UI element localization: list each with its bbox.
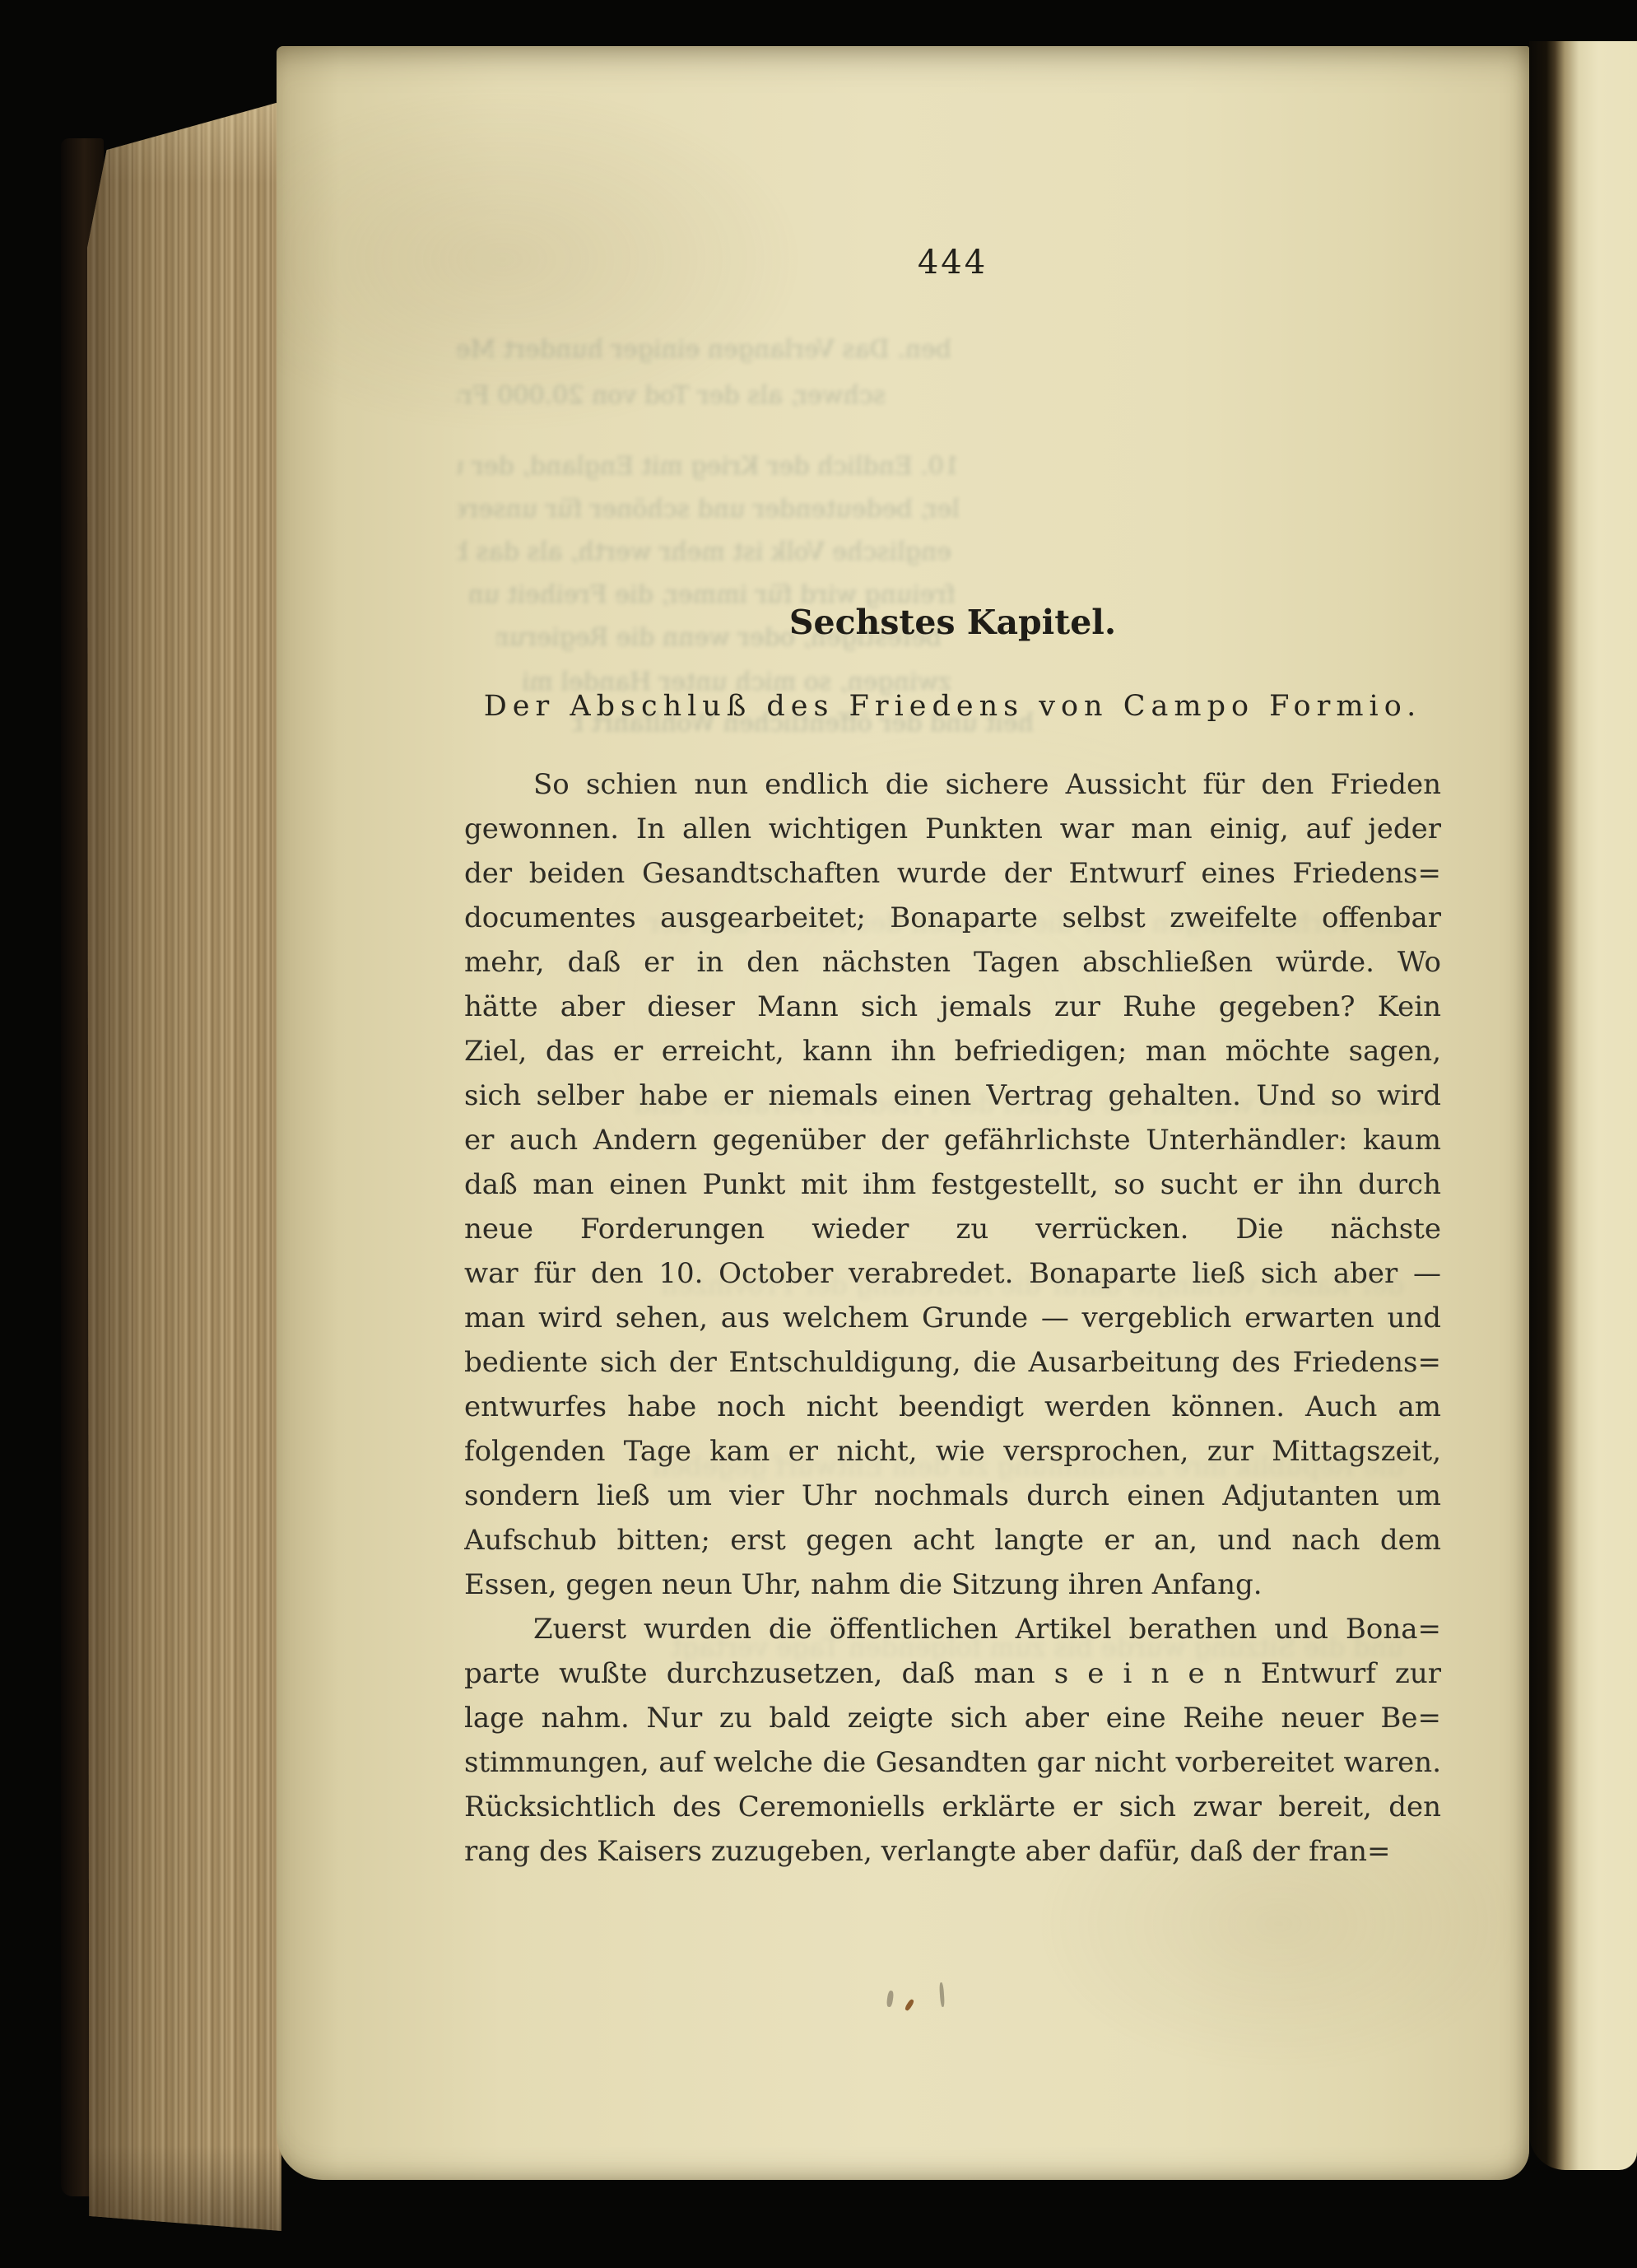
body-line: bediente sich der Entschuldigung, die Au…	[464, 1340, 1441, 1385]
chapter-subtitle: Der Abschluß des Friedens von Campo Form…	[464, 690, 1441, 723]
body-line: er auch Andern gegenüber der gefährlichs…	[464, 1118, 1441, 1162]
body-line: sich selber habe er niemals einen Vertra…	[464, 1073, 1441, 1118]
body-line: gewonnen. In allen wichtigen Punkten war…	[464, 807, 1441, 851]
page-number: 444	[464, 244, 1441, 282]
body-line: parte wußte durchzusetzen, daß man s e i…	[464, 1651, 1441, 1696]
facing-page-edge	[1529, 41, 1637, 2170]
body-line: documentes ausgearbeitet; Bonaparte selb…	[464, 896, 1441, 940]
chapter-heading: Sechstes Kapitel.	[464, 603, 1441, 642]
book-scan: ben. Das Verlangen einiger hundert Mensc…	[0, 0, 1637, 2268]
body-line: der beiden Gesandtschaften wurde der Ent…	[464, 851, 1441, 896]
body-line: folgenden Tage kam er nicht, wie verspro…	[464, 1429, 1441, 1474]
body-line: Ziel, das er erreicht, kann ihn befriedi…	[464, 1029, 1441, 1073]
body-line: war für den 10. October verabredet. Bona…	[464, 1251, 1441, 1296]
body-line: daß man einen Punkt mit ihm festgestellt…	[464, 1162, 1441, 1207]
body-line: mehr, daß er in den nächsten Tagen absch…	[464, 940, 1441, 985]
body-line: lage nahm. Nur zu bald zeigte sich aber …	[464, 1696, 1441, 1740]
printed-text-layer: 444 Sechstes Kapitel. Der Abschluß des F…	[464, 46, 1441, 2180]
body-line: Essen, gegen neun Uhr, nahm die Sitzung …	[464, 1562, 1441, 1607]
body-line: sondern ließ um vier Uhr nochmals durch …	[464, 1474, 1441, 1518]
body-line: man wird sehen, aus welchem Grunde — ver…	[464, 1296, 1441, 1340]
body-line: entwurfes habe noch nicht beendigt werde…	[464, 1385, 1441, 1429]
body-line: hätte aber dieser Mann sich jemals zur R…	[464, 985, 1441, 1029]
body-line: neue Forderungen wieder zu verrücken. Di…	[464, 1207, 1441, 1251]
page-stack-fore-edge	[87, 99, 281, 2231]
book-page: ben. Das Verlangen einiger hundert Mensc…	[277, 46, 1529, 2180]
body-line: rang des Kaisers zuzugeben, verlangte ab…	[464, 1829, 1441, 1874]
body-line: stimmungen, auf welche die Gesandten gar…	[464, 1740, 1441, 1785]
body-line: Zuerst wurden die öffentlichen Artikel b…	[464, 1607, 1441, 1651]
body-line: Aufschub bitten; erst gegen acht langte …	[464, 1518, 1441, 1562]
body-line: So schien nun endlich die sichere Aussic…	[464, 762, 1441, 807]
body-line: Rücksichtlich des Ceremoniells erklärte …	[464, 1785, 1441, 1829]
body-text: So schien nun endlich die sichere Aussic…	[464, 762, 1441, 1874]
